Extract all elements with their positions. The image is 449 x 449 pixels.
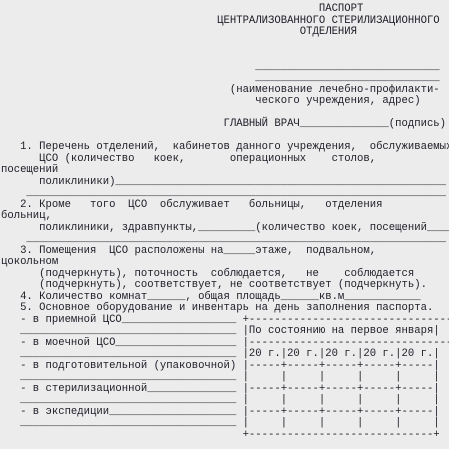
doc-line-fill-blank: ________________________________________… <box>1 188 449 200</box>
doc-line-item-3: (подчеркнуть), соответствует, не соответ… <box>1 280 449 292</box>
doc-line-table-bottom-border: +-----------------------------+ <box>1 430 449 442</box>
doc-line-table-header: __________________________________ |По с… <box>1 326 449 338</box>
doc-line-blank <box>1 39 449 51</box>
passport-form-document: ПАСПОРТ ЦЕНТРАЛИЗОВАННОГО СТЕРИЛИЗАЦИОНН… <box>1 4 449 441</box>
doc-line-table-cells: __________________________________ | | |… <box>1 395 449 407</box>
doc-line-table-cells: __________________________________ | | |… <box>1 372 449 384</box>
doc-line-caption: ческого учреждения, адрес) <box>1 96 449 108</box>
doc-line-chief-doctor: ГЛАВНЫЙ ВРАЧ______________(подпись) <box>1 119 449 131</box>
doc-line-fill-blank: ________________________________________… <box>1 234 449 246</box>
doc-line-item-3: 3. Помещения ЦСО расположены на_____этаж… <box>1 246 449 258</box>
doc-line-item-5: 5. Основное оборудование и инвентарь на … <box>1 303 449 315</box>
doc-line-item-3: цокольном <box>1 257 449 269</box>
doc-line-table-years: __________________________________ |20 г… <box>1 349 449 361</box>
doc-line-title-1: ПАСПОРТ <box>1 4 449 16</box>
doc-line-item-2: 2. Кроме того ЦСО обслуживает больницы, … <box>1 200 449 212</box>
doc-line-table-cells: __________________________________ | | |… <box>1 418 449 430</box>
document-page: ПАСПОРТ ЦЕНТРАЛИЗОВАННОГО СТЕРИЛИЗАЦИОНН… <box>0 0 449 449</box>
doc-line-item-1: 1. Перечень отделений, кабинетов данного… <box>1 142 449 154</box>
doc-line-item-1: посещений <box>1 165 449 177</box>
doc-line-fill-blank: _____________________________ <box>1 73 449 85</box>
doc-line-item-2: больниц, <box>1 211 449 223</box>
doc-line-item-1: ЦСО (количество коек, операционных столо… <box>1 154 449 166</box>
doc-line-blank <box>1 50 449 62</box>
doc-line-title-3: ОТДЕЛЕНИЯ <box>1 27 449 39</box>
